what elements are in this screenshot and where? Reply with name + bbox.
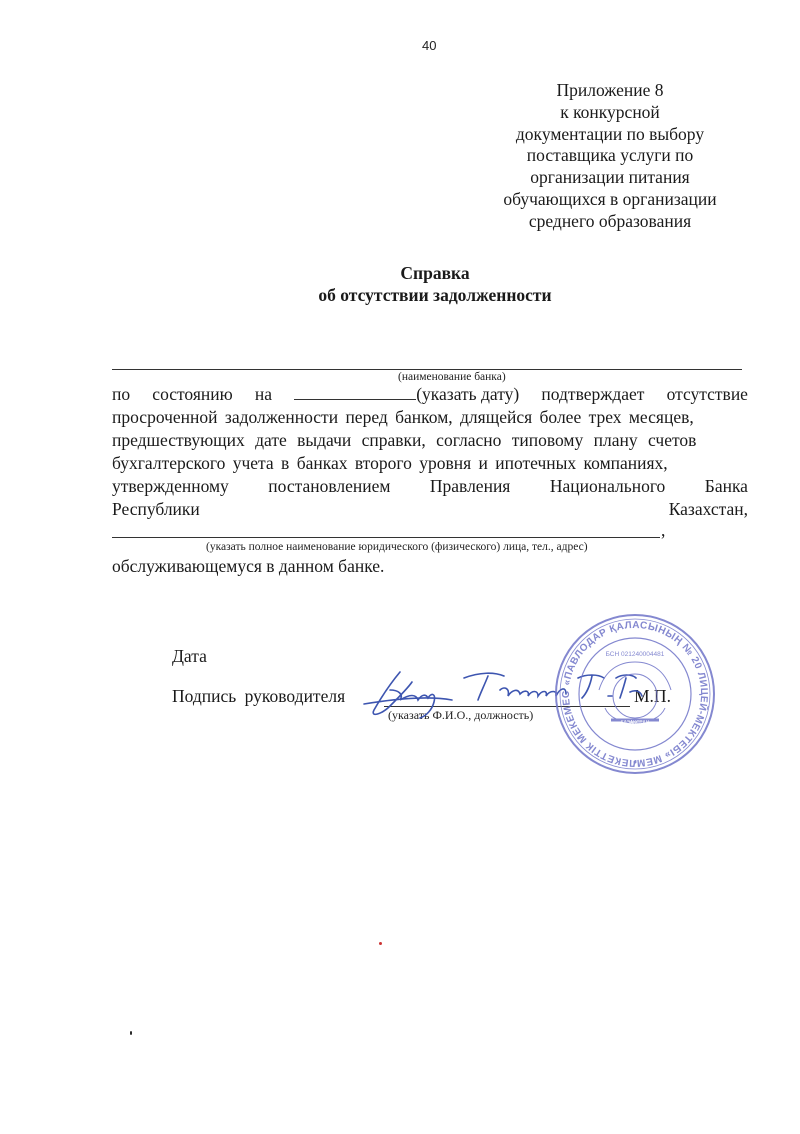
- page-number: 40: [422, 38, 436, 53]
- appendix-line: Приложение 8: [480, 80, 740, 102]
- scan-speck: [379, 942, 382, 945]
- word: Национального: [550, 475, 666, 498]
- word: подтверждает: [541, 383, 644, 406]
- appendix-line: организации питания: [480, 167, 740, 189]
- word: утвержденному: [112, 475, 229, 498]
- bank-name-field[interactable]: [112, 369, 742, 370]
- body-line-2: просроченной задолженности перед банком,…: [112, 406, 748, 429]
- body-paragraph: по состоянию на (указать дату) подтвержд…: [112, 383, 748, 521]
- appendix-header: Приложение 8 к конкурсной документации п…: [480, 80, 740, 233]
- entity-row: ,: [112, 520, 672, 540]
- entity-caption: (указать полное наименование юридическог…: [206, 541, 588, 553]
- word: отсутствие: [667, 383, 748, 406]
- svg-text:БСН 021240004481: БСН 021240004481: [606, 651, 665, 658]
- scan-speck: [130, 1031, 132, 1035]
- appendix-line: среднего образования: [480, 211, 740, 233]
- body-line-5: утвержденному постановлением Правления Н…: [112, 475, 748, 498]
- document-title: Справка об отсутствии задолженности: [200, 262, 670, 306]
- word: по: [112, 383, 130, 406]
- body-line-1: по состоянию на (указать дату) подтвержд…: [112, 383, 748, 406]
- appendix-line: обучающихся в организации: [480, 189, 740, 211]
- word: постановлением: [268, 475, 390, 498]
- word: состоянию: [152, 383, 232, 406]
- signature-label: Подпись руководителя: [172, 686, 345, 707]
- body-line-6: Республики Казахстан,: [112, 498, 748, 521]
- word: на: [255, 383, 272, 406]
- word: Правления: [430, 475, 510, 498]
- entity-name-field[interactable]: [112, 537, 660, 538]
- date-label: Дата: [172, 646, 207, 667]
- stray-dot: .: [537, 218, 541, 234]
- title-line-1: Справка: [200, 262, 670, 284]
- svg-text:ҚАЗАҚСТАН: ҚАЗАҚСТАН: [621, 720, 650, 726]
- official-stamp-icon: «ПАВЛОДАР ҚАЛАСЫНЫҢ № 20 ЛИЦЕЙ-МЕКТЕБІ» …: [553, 612, 717, 776]
- text: бухгалтерского учета в банках второго ур…: [112, 452, 668, 475]
- word: Республики: [112, 498, 200, 521]
- body-line-4: бухгалтерского учета в банках второго ур…: [112, 452, 748, 475]
- bank-name-caption: (наименование банка): [398, 371, 506, 383]
- appendix-line: документации по выбору: [480, 124, 740, 146]
- appendix-line: поставщика услуги по: [480, 145, 740, 167]
- date-hint: (указать дату): [416, 383, 519, 406]
- text: просроченной задолженности перед банком,…: [112, 406, 694, 429]
- body-line-3: предшествующих дате выдачи справки, согл…: [112, 429, 748, 452]
- text: предшествующих дате выдачи справки, согл…: [112, 429, 696, 452]
- date-hint-group: (указать дату): [294, 383, 519, 406]
- closing-text: обслуживающемуся в данном банке.: [112, 556, 384, 577]
- word: Казахстан,: [669, 498, 748, 521]
- title-line-2: об отсутствии задолженности: [200, 284, 670, 306]
- date-field[interactable]: [294, 383, 416, 400]
- comma: ,: [661, 520, 665, 541]
- word: Банка: [705, 475, 748, 498]
- appendix-line: к конкурсной: [480, 102, 740, 124]
